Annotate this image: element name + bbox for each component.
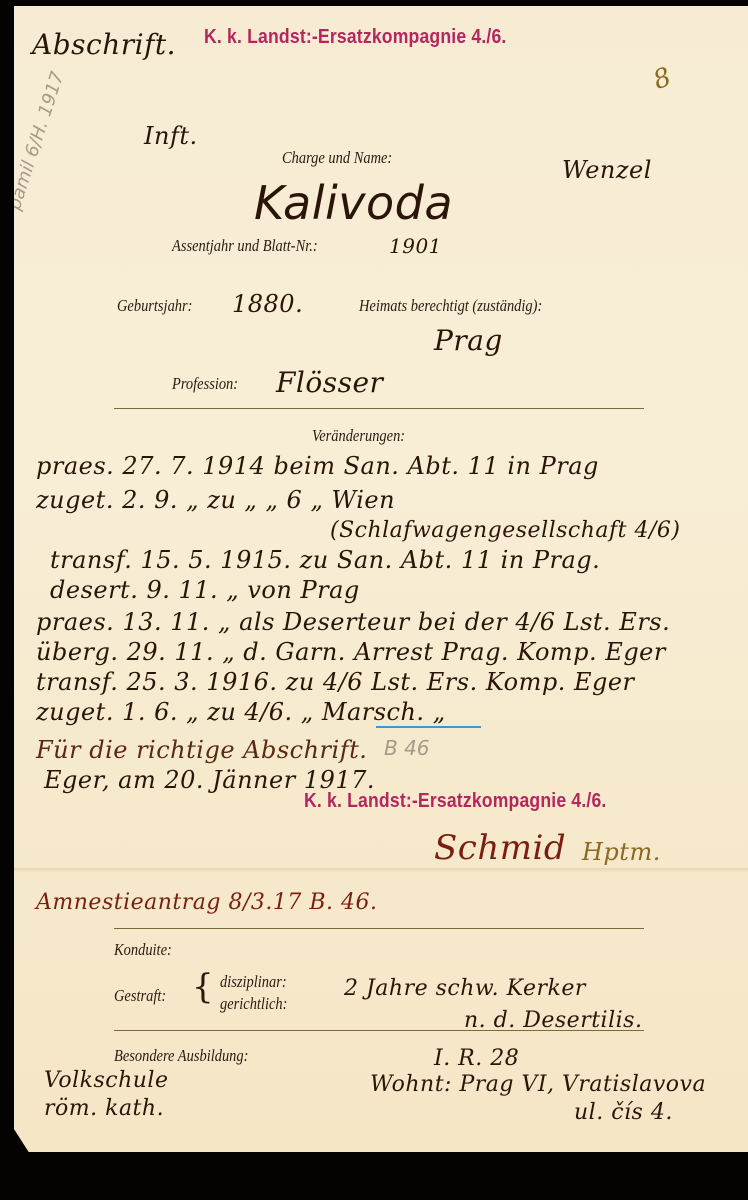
punishment-line-1: 2 Jahre schw. Kerker [344,976,586,1001]
assentjahr-value: 1901 [389,234,442,258]
regiment: I. R. 28 [434,1046,519,1071]
pencil-note-b46: B 46 [384,736,430,760]
heimat-value: Prag [434,324,503,357]
document-page: Abschrift. K. k. Landst:-Ersatzkompagnie… [14,6,748,1152]
change-line-2: zuget. 2. 9. „ zu „ „ 6 „ Wien [36,486,395,514]
geburtsjahr-label: Geburtsjahr: [117,296,192,316]
geburtsjahr-value: 1880. [232,290,303,318]
change-line-7: überg. 29. 11. „ d. Garn. Arrest Prag. K… [36,638,666,666]
stamp-bottom: K. k. Landst:-Ersatzkompagnie 4./6. [304,790,607,813]
amnesty-note: Amnestieantrag 8/3.17 B. 46. [36,890,378,915]
change-line-4: transf. 15. 5. 1915. zu San. Abt. 11 in … [50,546,600,574]
given-name: Wenzel [562,156,652,184]
signature: Schmid [434,828,566,868]
divider-rule-3 [114,1030,644,1031]
residence-line-1: Wohnt: Prag VI, Vratislavova [370,1072,706,1097]
change-line-1: praes. 27. 7. 1914 beim San. Abt. 11 in … [36,452,599,480]
change-line-3: (Schlafwagengesellschaft 4/6) [330,518,681,543]
konduite-label: Konduite: [114,940,172,960]
stamp-top: K. k. Landst:-Ersatzkompagnie 4./6. [204,26,507,49]
profession-label: Profession: [172,374,238,394]
certification-line-1: Für die richtige Abschrift. [36,736,367,764]
branch-inft: Inft. [144,122,198,150]
change-line-8: transf. 25. 3. 1916. zu 4/6 Lst. Ers. Ko… [36,668,635,696]
gestraft-label: Gestraft: [114,986,166,1006]
changes-label: Veränderungen: [312,426,405,446]
ausbildung-label: Besondere Ausbildung: [114,1046,248,1066]
blue-pencil-mark [376,726,481,728]
gerichtlich-label: gerichtlich: [220,994,287,1014]
divider-rule-2 [114,928,644,929]
change-line-5: desert. 9. 11. „ von Prag [50,576,360,604]
change-line-6: praes. 13. 11. „ als Deserteur bei der 4… [36,608,670,636]
brace-symbol: { [192,970,214,1004]
divider-rule-1 [114,408,644,409]
surname: Kalivoda [254,176,453,230]
heimat-label: Heimats berechtigt (zuständig): [359,296,542,316]
ausbildung-value-1: Volkschule [44,1068,169,1093]
change-line-9: zuget. 1. 6. „ zu 4/6. „ Marsch. „ [36,698,446,726]
disziplinar-label: disziplinar: [220,972,287,992]
ausbildung-value-2: röm. kath. [44,1096,164,1121]
profession-value: Flösser [276,366,383,399]
corner-mark: 8 [649,62,675,96]
header-abschrift: Abschrift. [32,28,176,61]
assentjahr-label: Assentjahr und Blatt-Nr.: [172,236,318,256]
residence-line-2: ul. čís 4. [574,1100,673,1125]
signature-rank: Hptm. [582,838,661,866]
charge-name-label: Charge und Name: [282,148,392,168]
pencil-margin-note: pamil 6/H. 1917 [4,69,68,212]
